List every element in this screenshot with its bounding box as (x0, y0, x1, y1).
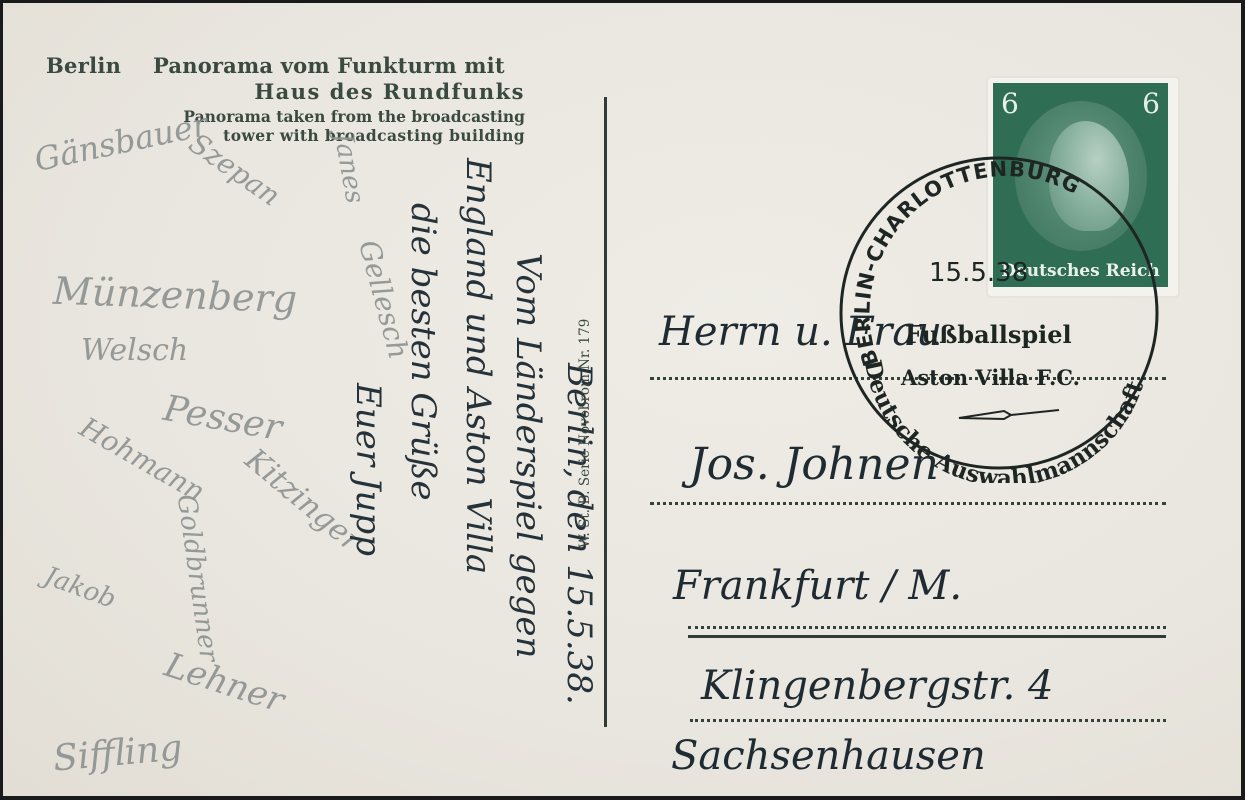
divider-line (604, 97, 607, 727)
address-underline (688, 635, 1166, 638)
postmark-ornament-icon (959, 410, 1059, 419)
message-line: Euer Jupp (348, 383, 388, 556)
address-line (650, 502, 1166, 505)
postcard-back: Berlin Panorama vom Funkturm mit Haus de… (3, 3, 1241, 796)
signature: Welsch (81, 333, 188, 368)
address-city: Frankfurt / M. (673, 563, 962, 609)
postmark-inner-line1: Fußballspiel (905, 320, 1072, 349)
message-line: England und Aston Villa (458, 158, 498, 574)
address-line (690, 719, 1166, 722)
message-line: die besten Grüße (403, 203, 443, 501)
stamp-value-left: 6 (1001, 87, 1019, 120)
caption-city: Berlin (46, 53, 121, 78)
address-line (688, 626, 1166, 629)
caption-title-de-line1: Panorama vom Funkturm mit (153, 53, 505, 78)
signature: Siffling (51, 727, 184, 779)
signature: Münzenberg (52, 269, 298, 321)
caption-title-en-line1: Panorama taken from the broadcasting (3, 107, 525, 126)
caption-title-de-line2: Haus des Rundfunks (3, 79, 525, 104)
address-district: Sachsenhausen (671, 733, 986, 779)
publisher-imprint: W. St. B. Serie Novobrom Nr. 179 (577, 319, 593, 548)
signature: Goldbrunner (171, 492, 224, 663)
signature: Lehner (160, 645, 289, 721)
address-street: Klingenbergstr. 4 (701, 663, 1053, 709)
signature: Pesser (160, 388, 285, 449)
postmark-inner-line2: Aston Villa F.C. (900, 365, 1080, 390)
signature: Jakob (40, 561, 120, 614)
postmark-date: 15.5.38 (929, 258, 1028, 288)
message-line: Vom Länderspiel gegen (508, 253, 548, 658)
postmark-cancellation: BERLIN-CHARLOTTENBURG 15.5.38 Fußballspi… (829, 153, 1169, 483)
stamp-value-right: 6 (1142, 87, 1160, 120)
